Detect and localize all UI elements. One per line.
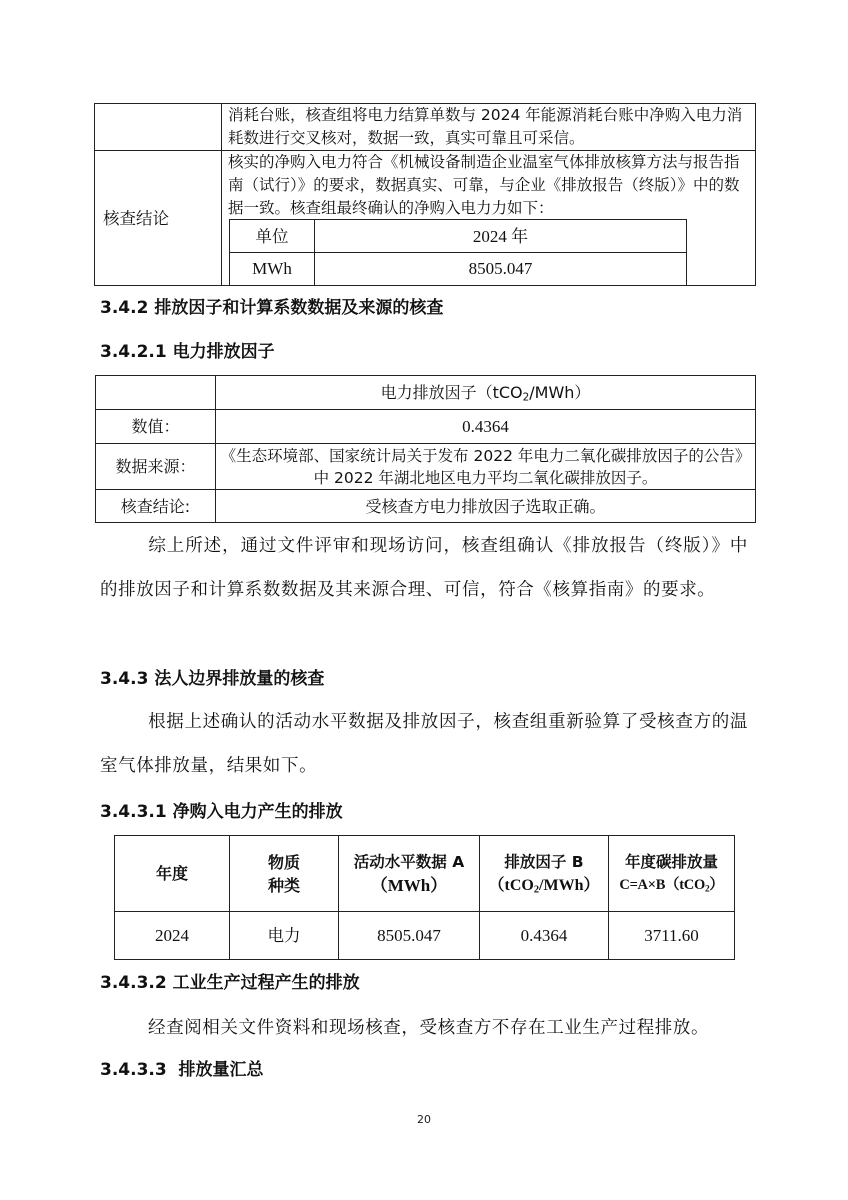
industrial-paragraph: 经查阅相关文件资料和现场核查，受核查方不存在工业生产过程排放。 (100, 1006, 748, 1050)
net-purchased-power-table: 单位 2024 年 MWh 8505.047 (229, 219, 687, 285)
page-number: 20 (0, 1113, 848, 1126)
recalc-text: 根据上述确认的活动水平数据及排放因子，核查组重新验算了受核查方的温室气体排放量，… (100, 712, 748, 776)
section-heading-3-4-2: 3.4.2 排放因子和计算系数数据及来源的核查 (100, 296, 443, 320)
verification-table: 消耗台账，核查组将电力结算单数与 2024 年能源消耗台账中净购入电力消耗数进行… (94, 103, 756, 286)
header-formula: C=A×B（tCO2） (609, 874, 734, 897)
header-text: 年度碳排放量 (609, 851, 734, 874)
industrial-text: 经查阅相关文件资料和现场核查，受核查方不存在工业生产过程排放。 (148, 1018, 709, 1038)
header-text: 种类 (230, 874, 338, 897)
header-value: 电力排放因子（tCO2/MWh） (216, 376, 756, 410)
emission-factor-table: 电力排放因子（tCO2/MWh） 数值： 0.4364 数据来源： 《生态环境部… (95, 375, 756, 523)
header-text-suffix: /MWh） (529, 383, 590, 402)
recalc-paragraph: 根据上述确认的活动水平数据及排放因子，核查组重新验算了受核查方的温室气体排放量，… (100, 700, 748, 788)
table-row: 核查结论 核实的净购入电力符合《机械设备制造企业温室气体排放核算方法与报告指南（… (95, 151, 756, 286)
formula-text-suffix: ） (709, 877, 723, 893)
table-row: 核查结论: 受核查方电力排放因子选取正确。 (96, 490, 756, 523)
summary-text: 综上所述，通过文件评审和现场访问，核查组确认《排放报告（终版）》中的排放因子和计… (100, 536, 748, 600)
header-label (96, 376, 216, 410)
row-label: 核查结论: (96, 490, 216, 523)
section-heading-3-4-3: 3.4.3 法人边界排放量的核查 (100, 667, 324, 691)
unit-value: MWh (230, 253, 315, 285)
header-unit: （tCO2/MWh） (480, 874, 608, 897)
header-annual-emissions: 年度碳排放量 C=A×B（tCO2） (609, 836, 735, 912)
section-heading-3-4-3-2: 3.4.3.2 工业生产过程产生的排放 (100, 971, 360, 995)
header-emission-factor: 排放因子 B （tCO2/MWh） (480, 836, 609, 912)
row-text: 消耗台账，核查组将电力结算单数与 2024 年能源消耗台账中净购入电力消耗数进行… (222, 104, 756, 151)
table-row: 电力排放因子（tCO2/MWh） (96, 376, 756, 410)
summary-paragraph: 综上所述，通过文件评审和现场访问，核查组确认《排放报告（终版）》中的排放因子和计… (100, 524, 748, 612)
data-source-value: 《生态环境部、国家统计局关于发布 2022 年电力二氧化碳排放因子的公告》中 2… (216, 444, 756, 490)
conclusion-text: 核实的净购入电力符合《机械设备制造企业温室气体排放核算方法与报告指南（试行）》的… (222, 151, 755, 219)
header-text: 排放因子 B (480, 851, 608, 874)
unit-header: 单位 (230, 220, 315, 253)
table-row: 消耗台账，核查组将电力结算单数与 2024 年能源消耗台账中净购入电力消耗数进行… (95, 104, 756, 151)
header-text: 年度 (115, 862, 229, 885)
row-label (95, 104, 222, 151)
row-label: 数值： (96, 410, 216, 444)
cell-activity-data: 8505.047 (339, 912, 480, 960)
row-label-conclusion: 核查结论 (95, 151, 222, 286)
section-heading-3-4-2-1: 3.4.2.1 电力排放因子 (100, 340, 275, 364)
table-row: 2024 电力 8505.047 0.4364 3711.60 (115, 912, 735, 960)
factor-value: 0.4364 (216, 410, 756, 444)
table-row: 数值： 0.4364 (96, 410, 756, 444)
formula-text: C=A×B（tCO (619, 877, 705, 893)
header-text: 活动水平数据 A (339, 851, 479, 874)
year-header: 2024 年 (315, 220, 687, 253)
power-value: 8505.047 (315, 253, 687, 285)
header-text: 电力排放因子（tCO (381, 383, 523, 402)
table-row: 单位 2024 年 (230, 220, 687, 253)
header-year: 年度 (115, 836, 230, 912)
cell-year: 2024 (115, 912, 230, 960)
cell-material: 电力 (230, 912, 339, 960)
conclusion-cell: 核实的净购入电力符合《机械设备制造企业温室气体排放核算方法与报告指南（试行）》的… (222, 151, 756, 286)
row-label: 数据来源： (96, 444, 216, 490)
unit-text-suffix: /MWh） (539, 877, 599, 894)
unit-text: （tCO (489, 877, 534, 894)
table-header-row: 年度 物质 种类 活动水平数据 A （MWh） 排放因子 B （tCO2/MWh… (115, 836, 735, 912)
emissions-table: 年度 物质 种类 活动水平数据 A （MWh） 排放因子 B （tCO2/MWh… (114, 835, 735, 960)
conclusion-value: 受核查方电力排放因子选取正确。 (216, 490, 756, 523)
header-unit: （MWh） (339, 874, 479, 897)
table-row: 数据来源： 《生态环境部、国家统计局关于发布 2022 年电力二氧化碳排放因子的… (96, 444, 756, 490)
cell-annual-emissions: 3711.60 (609, 912, 735, 960)
section-heading-3-4-3-1: 3.4.3.1 净购入电力产生的排放 (100, 800, 343, 824)
cell-emission-factor: 0.4364 (480, 912, 609, 960)
section-heading-3-4-3-3: 3.4.3.3 排放量汇总 (100, 1058, 264, 1082)
table-row: MWh 8505.047 (230, 253, 687, 285)
header-text: 物质 (230, 851, 338, 874)
header-material: 物质 种类 (230, 836, 339, 912)
header-activity-data: 活动水平数据 A （MWh） (339, 836, 480, 912)
